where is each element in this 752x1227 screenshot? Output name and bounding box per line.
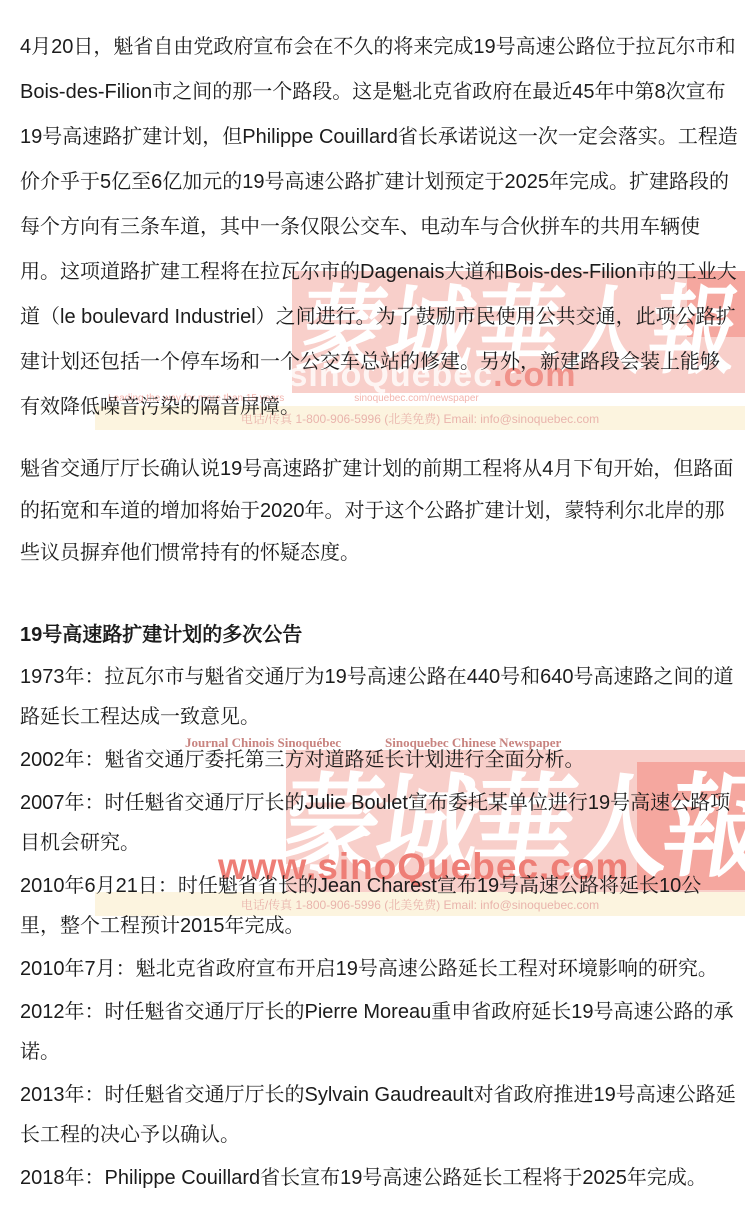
article-page: 蒙城華人報 www.sinoQuebec.com Leading the way… [0,0,752,1227]
timeline-entry-2010-july: 2010年7月：魁北克省政府宣布开启19号高速公路延长工程对环境影响的研究。 [20,949,738,989]
article-body: 4月20日，魁省自由党政府宣布会在不久的将来完成19号高速公路位于拉瓦尔市和Bo… [0,0,752,1198]
timeline-entry-2002: 2002年：魁省交通厅委托第三方对道路延长计划进行全面分析。 [20,740,738,780]
timeline-entry-2012: 2012年：时任魁省交通厅厅长的Pierre Moreau重申省政府延长19号高… [20,992,738,1072]
timeline-entry-2007: 2007年：时任魁省交通厅厅长的Julie Boulet宣布委托某单位进行19号… [20,783,738,863]
timeline-entry-2018: 2018年：Philippe Couillard省长宣布19号高速公路延长工程将… [20,1158,738,1198]
timeline-entry-1973: 1973年：拉瓦尔市与魁省交通厅为19号高速公路在440号和640号高速路之间的… [20,657,738,737]
timeline-entry-2010-june: 2010年6月21日：时任魁省省长的Jean Charest宣布19号高速公路将… [20,866,738,946]
article-paragraph-2: 魁省交通厅厅长确认说19号高速路扩建计划的前期工程将从4月下旬开始，但路面的拓宽… [20,448,738,574]
timeline-entry-2013: 2013年：时任魁省交通厅厅长的Sylvain Gaudreault对省政府推进… [20,1075,738,1155]
section-heading: 19号高速路扩建计划的多次公告 [20,614,738,657]
article-paragraph-1: 4月20日，魁省自由党政府宣布会在不久的将来完成19号高速公路位于拉瓦尔市和Bo… [20,25,738,430]
